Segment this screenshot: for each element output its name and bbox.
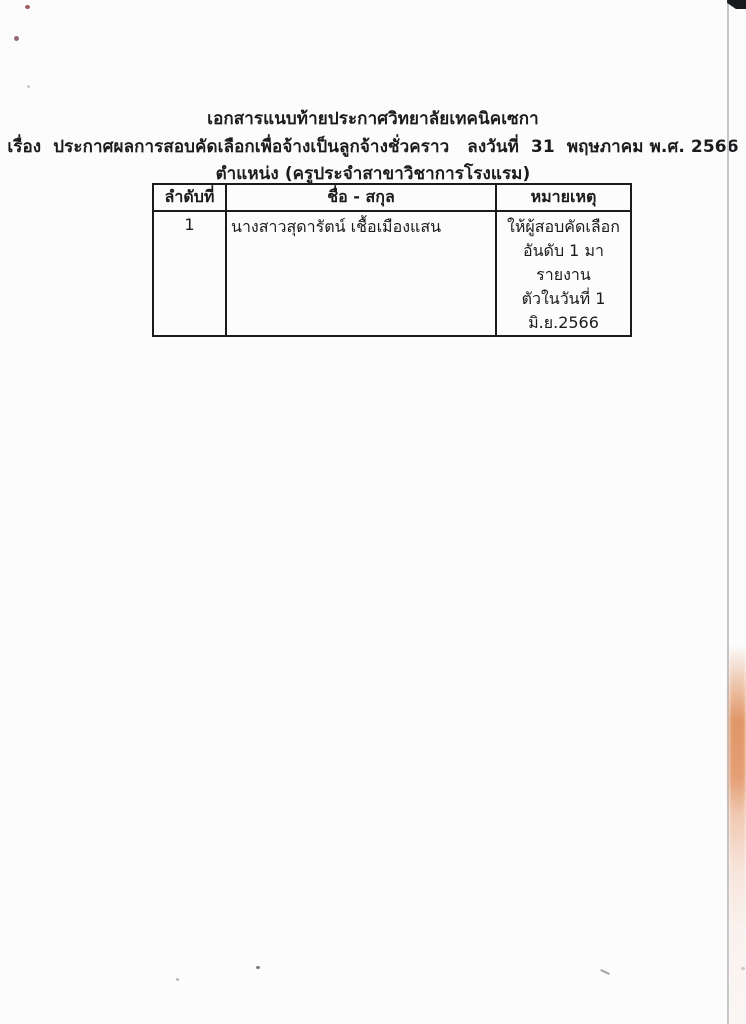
doc-title: เอกสารแนบท้ายประกาศวิทยาลัยเทคนิคเซกา xyxy=(0,105,746,132)
doc-subject-line: เรื่อง ประกาศผลการสอบคัดเลือกเพื่อจ้างเป… xyxy=(0,133,746,160)
last-name: เชื้อเมืองแสน xyxy=(351,217,441,236)
cell-name: นางสาวสุดารัตน์ เชื้อเมืองแสน xyxy=(226,211,496,336)
scan-speck xyxy=(256,966,260,969)
red-speck xyxy=(25,5,30,9)
table-row: 1 นางสาวสุดารัตน์ เชื้อเมืองแสน ให้ผู้สอ… xyxy=(153,211,631,336)
col-header-name: ชื่อ - สกุล xyxy=(226,184,496,211)
col-header-no: ลำดับที่ xyxy=(153,184,226,211)
cell-remark: ให้ผู้สอบคัดเลือก อันดับ 1 มารายงาน ตัวใ… xyxy=(496,211,631,336)
scan-speck xyxy=(176,978,179,981)
scan-speck xyxy=(27,85,30,88)
col-header-remark: หมายเหตุ xyxy=(496,184,631,211)
red-speck xyxy=(14,36,19,41)
scan-speck xyxy=(741,967,745,970)
cell-row-number: 1 xyxy=(153,211,226,336)
remark-line-2: อันดับ 1 มารายงาน xyxy=(501,239,626,287)
remark-line-3: ตัวในวันที่ 1 มิ.ย.2566 xyxy=(501,287,626,335)
remark-line-1: ให้ผู้สอบคัดเลือก xyxy=(501,215,626,239)
first-name: นางสาวสุดารัตน์ xyxy=(231,215,346,240)
results-table: ลำดับที่ ชื่อ - สกุล หมายเหตุ 1 นางสาวสุ… xyxy=(152,183,632,337)
table-header-row: ลำดับที่ ชื่อ - สกุล หมายเหตุ xyxy=(153,184,631,211)
scan-speck xyxy=(600,969,610,975)
